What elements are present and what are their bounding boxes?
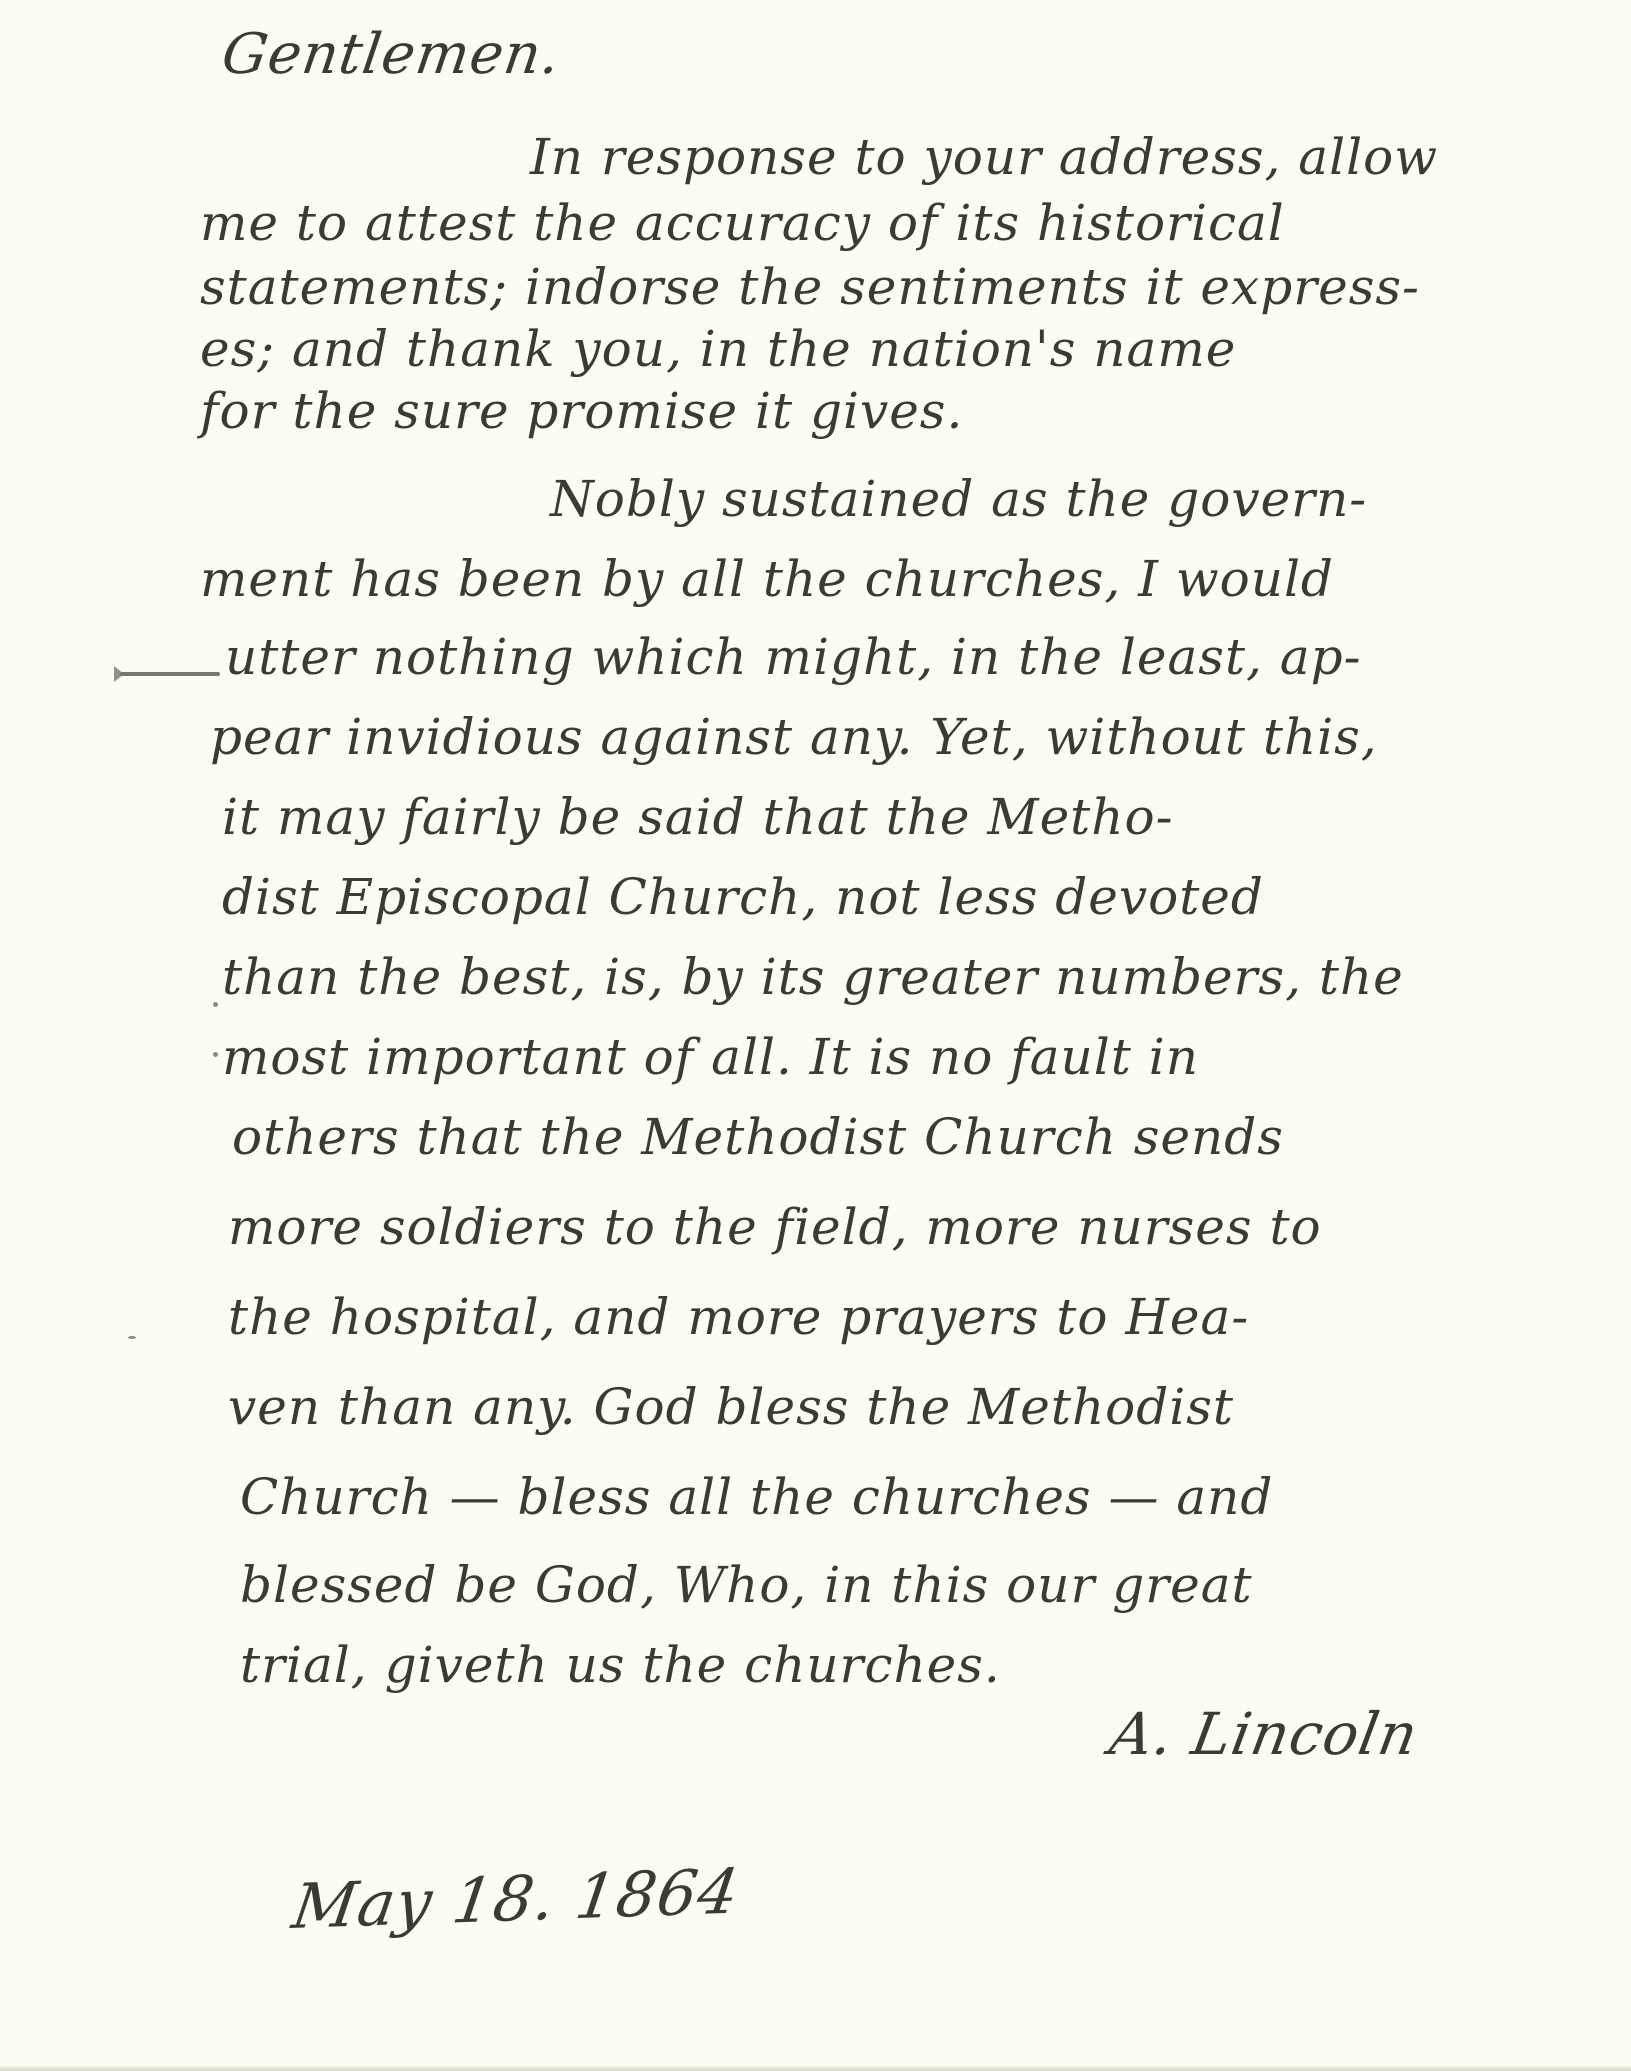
letter-line-20: trial, giveth us the churches. xyxy=(240,1636,1001,1694)
salutation: Gentlemen. xyxy=(218,22,565,87)
letter-line-7: ment has been by all the churches, I wou… xyxy=(200,550,1334,608)
letter-line-1: In response to your address, allow xyxy=(530,128,1438,186)
letter-line-9: pear invidious against any. Yet, without… xyxy=(210,708,1378,766)
letter-line-10: it may fairly be said that the Metho- xyxy=(222,788,1173,846)
letter-line-6: Nobly sustained as the govern- xyxy=(550,470,1367,528)
letter-line-15: more soldiers to the field, more nurses … xyxy=(228,1198,1322,1256)
letter-line-5: for the sure promise it gives. xyxy=(200,382,963,440)
letter-paper: Gentlemen. In response to your address, … xyxy=(0,0,1631,2071)
letter-line-19: blessed be God, Who, in this our great xyxy=(240,1556,1253,1614)
letter-line-8: utter nothing which might, in the least,… xyxy=(225,628,1362,686)
letter-line-14: others that the Methodist Church sends xyxy=(232,1108,1284,1166)
letter-line-11: dist Episcopal Church, not less devoted xyxy=(222,868,1264,926)
margin-dot xyxy=(213,1052,218,1057)
margin-dot xyxy=(213,1002,218,1007)
letter-line-16: the hospital, and more prayers to Hea- xyxy=(228,1288,1249,1346)
letter-line-17: ven than any. God bless the Methodist xyxy=(228,1378,1234,1436)
paper-bottom-edge xyxy=(0,2066,1631,2071)
letter-line-3: statements; indorse the sentiments it ex… xyxy=(200,258,1420,316)
letter-line-12: than the best, is, by its greater number… xyxy=(222,948,1404,1006)
date: May 18. 1864 xyxy=(288,1855,744,1943)
letter-line-4: es; and thank you, in the nation's name xyxy=(200,320,1236,378)
margin-mark xyxy=(128,1336,136,1339)
margin-arrow-mark xyxy=(120,672,220,676)
signature: A. Lincoln xyxy=(1105,1700,1423,1768)
letter-line-2: me to attest the accuracy of its histori… xyxy=(200,194,1285,252)
letter-line-18: Church — bless all the churches — and xyxy=(240,1468,1273,1526)
letter-line-13: most important of all. It is no fault in xyxy=(222,1028,1199,1086)
